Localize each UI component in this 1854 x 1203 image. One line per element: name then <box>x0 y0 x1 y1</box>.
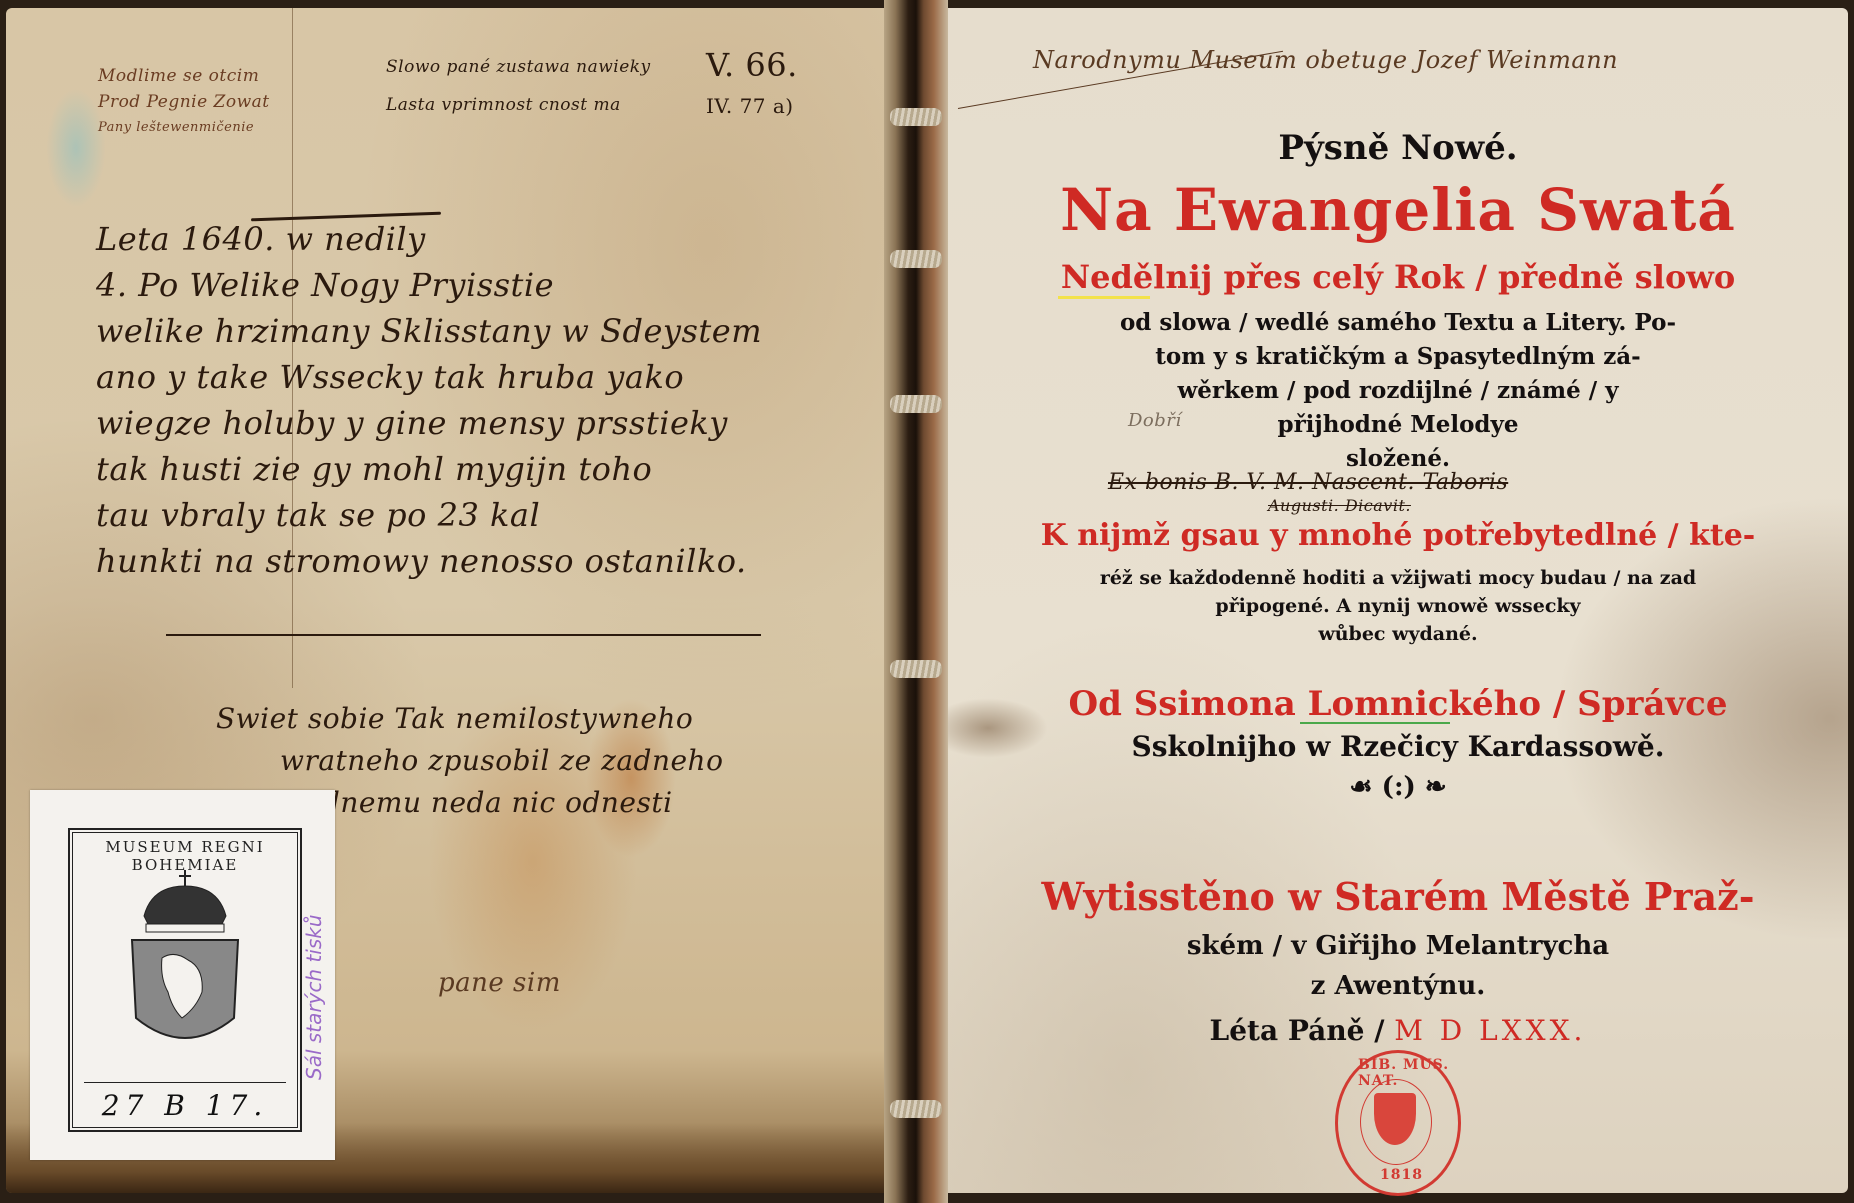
donor-inscription: Narodnymu Museum obetuge Jozef Weinmann <box>1033 46 1618 74</box>
year-roman: M D LXXX. <box>1394 1014 1586 1047</box>
bookplate-frame: MUSEUM REGNI BOHEMIAE 27 B 17. <box>68 828 302 1132</box>
margin-note: Dobří <box>1128 410 1182 431</box>
binding-thread <box>890 108 942 126</box>
reading-room-stamp: Sál starých tisků <box>302 914 326 1080</box>
call-number: 27 B 17. <box>84 1082 286 1122</box>
text-line: od slowa / wedlé samého Textu a Litery. … <box>948 306 1848 340</box>
note-line: Pany leštewenmičenie <box>98 115 270 141</box>
top-left-note: Modlime se otcim Prod Pegnie Zowat Pany … <box>98 63 270 141</box>
bohemian-crown-lion-icon <box>122 868 248 1058</box>
text-line: wůbec wydané. <box>948 620 1848 648</box>
text-line: ském / v Giřijho Melantrycha <box>948 926 1848 966</box>
text-line: přijhodné Melodye <box>948 408 1848 442</box>
author-title: Sskolnijho w Rzečicy Kardassowě. <box>948 730 1848 763</box>
text-line: wěrkem / pod rozdijlné / známé / y <box>948 374 1848 408</box>
inscription-line: 4. Po Welike Nogy Pryisstie <box>96 262 762 308</box>
stamp-year: 1818 <box>1380 1167 1423 1183</box>
right-page-title: Narodnymu Museum obetuge Jozef Weinmann … <box>948 8 1848 1193</box>
imprint-line: Wytisstěno w Starém Městě Praž- <box>948 874 1848 919</box>
text-line: réž se každodenně hoditi a vžijwati mocy… <box>948 564 1848 592</box>
text-line: tom y s kratičkým a Spasytedlným zá- <box>948 340 1848 374</box>
title-main: Na Ewangelia Swatá <box>948 176 1848 244</box>
inscription-line: wiegze holuby y gine mensy prsstieky <box>96 400 762 446</box>
highlight-mark <box>1058 296 1150 299</box>
binding-thread <box>890 250 942 268</box>
stamp-text: BIB. MUS. NAT. <box>1358 1057 1458 1089</box>
inscription-line: tau vbraly tak se po 23 kal <box>96 492 762 538</box>
imprint-details: ském / v Giřijho Melantrycha z Awentýnu. <box>948 926 1848 1006</box>
inscription-line: tak husti zie gy mohl mygijn toho <box>96 446 762 492</box>
struck-ownership-note-2: Augusti. Dicavit. <box>1268 496 1411 515</box>
inscription-line: hunkti na stromowy nenosso ostanilko. <box>96 538 762 584</box>
binding-thread <box>890 395 942 413</box>
bottom-note: pane sim <box>438 968 561 998</box>
inscription-line: ano y take Wssecky tak hruba yako <box>96 354 762 400</box>
publication-year: Léta Páně / M D LXXX. <box>948 1014 1848 1047</box>
top-middle-note: Slowo pané zustawa nawieky Lasta vprimno… <box>386 48 651 124</box>
contents-description: réž se každodenně hoditi a vžijwati mocy… <box>948 564 1848 648</box>
author-line: Od Ssimona Lomnického / Správce <box>948 684 1848 724</box>
underline-stroke <box>166 634 761 636</box>
text-line: z Awentýnu. <box>948 966 1848 1006</box>
book-spine <box>884 0 948 1203</box>
note-line: Lasta vprimnost cnost ma <box>386 86 651 124</box>
main-inscription: Leta 1640. w nedily 4. Po Welike Nogy Pr… <box>96 216 762 584</box>
shelfmark-primary: V. 66. <box>706 46 798 84</box>
title-subline: Nedělnij přes celý Rok / předně slowo <box>948 258 1848 296</box>
year-label: Léta Páně / <box>1210 1014 1385 1047</box>
struck-ownership-note: Ex bonis B. V. M. Nascent. Taboris <box>1108 470 1508 495</box>
verse-line: Swiet sobie Tak nemilostywneho <box>216 698 723 740</box>
note-line: Prod Pegnie Zowat <box>98 89 270 115</box>
note-line: Modlime se otcim <box>98 63 270 89</box>
green-underline <box>1300 722 1450 724</box>
fleuron-ornament-icon: ☙ (:) ❧ <box>948 772 1848 802</box>
title-heading: Pýsně Nowé. <box>948 128 1848 168</box>
binding-thread <box>890 1100 942 1118</box>
shelfmark-secondary: IV. 77 a) <box>706 94 794 118</box>
inscription-line: welike hrzimany Sklisstany w Sdeystem <box>96 308 762 354</box>
binding-thread <box>890 660 942 678</box>
museum-bookplate: MUSEUM REGNI BOHEMIAE 27 B 17. <box>30 790 335 1160</box>
note-line: Slowo pané zustawa nawieky <box>386 48 651 86</box>
contents-heading: K nijmž gsau y mnohé potřebytedlné / kte… <box>948 518 1848 553</box>
national-museum-library-stamp: BIB. MUS. NAT. 1818 <box>1335 1050 1461 1196</box>
text-line: připogené. A nynij wnowě wssecky <box>948 592 1848 620</box>
title-description: od slowa / wedlé samého Textu a Litery. … <box>948 306 1848 476</box>
blue-stain <box>46 88 106 208</box>
verse-line: wratneho zpusobil ze zadneho <box>216 740 723 782</box>
inscription-line: Leta 1640. w nedily <box>96 216 762 262</box>
